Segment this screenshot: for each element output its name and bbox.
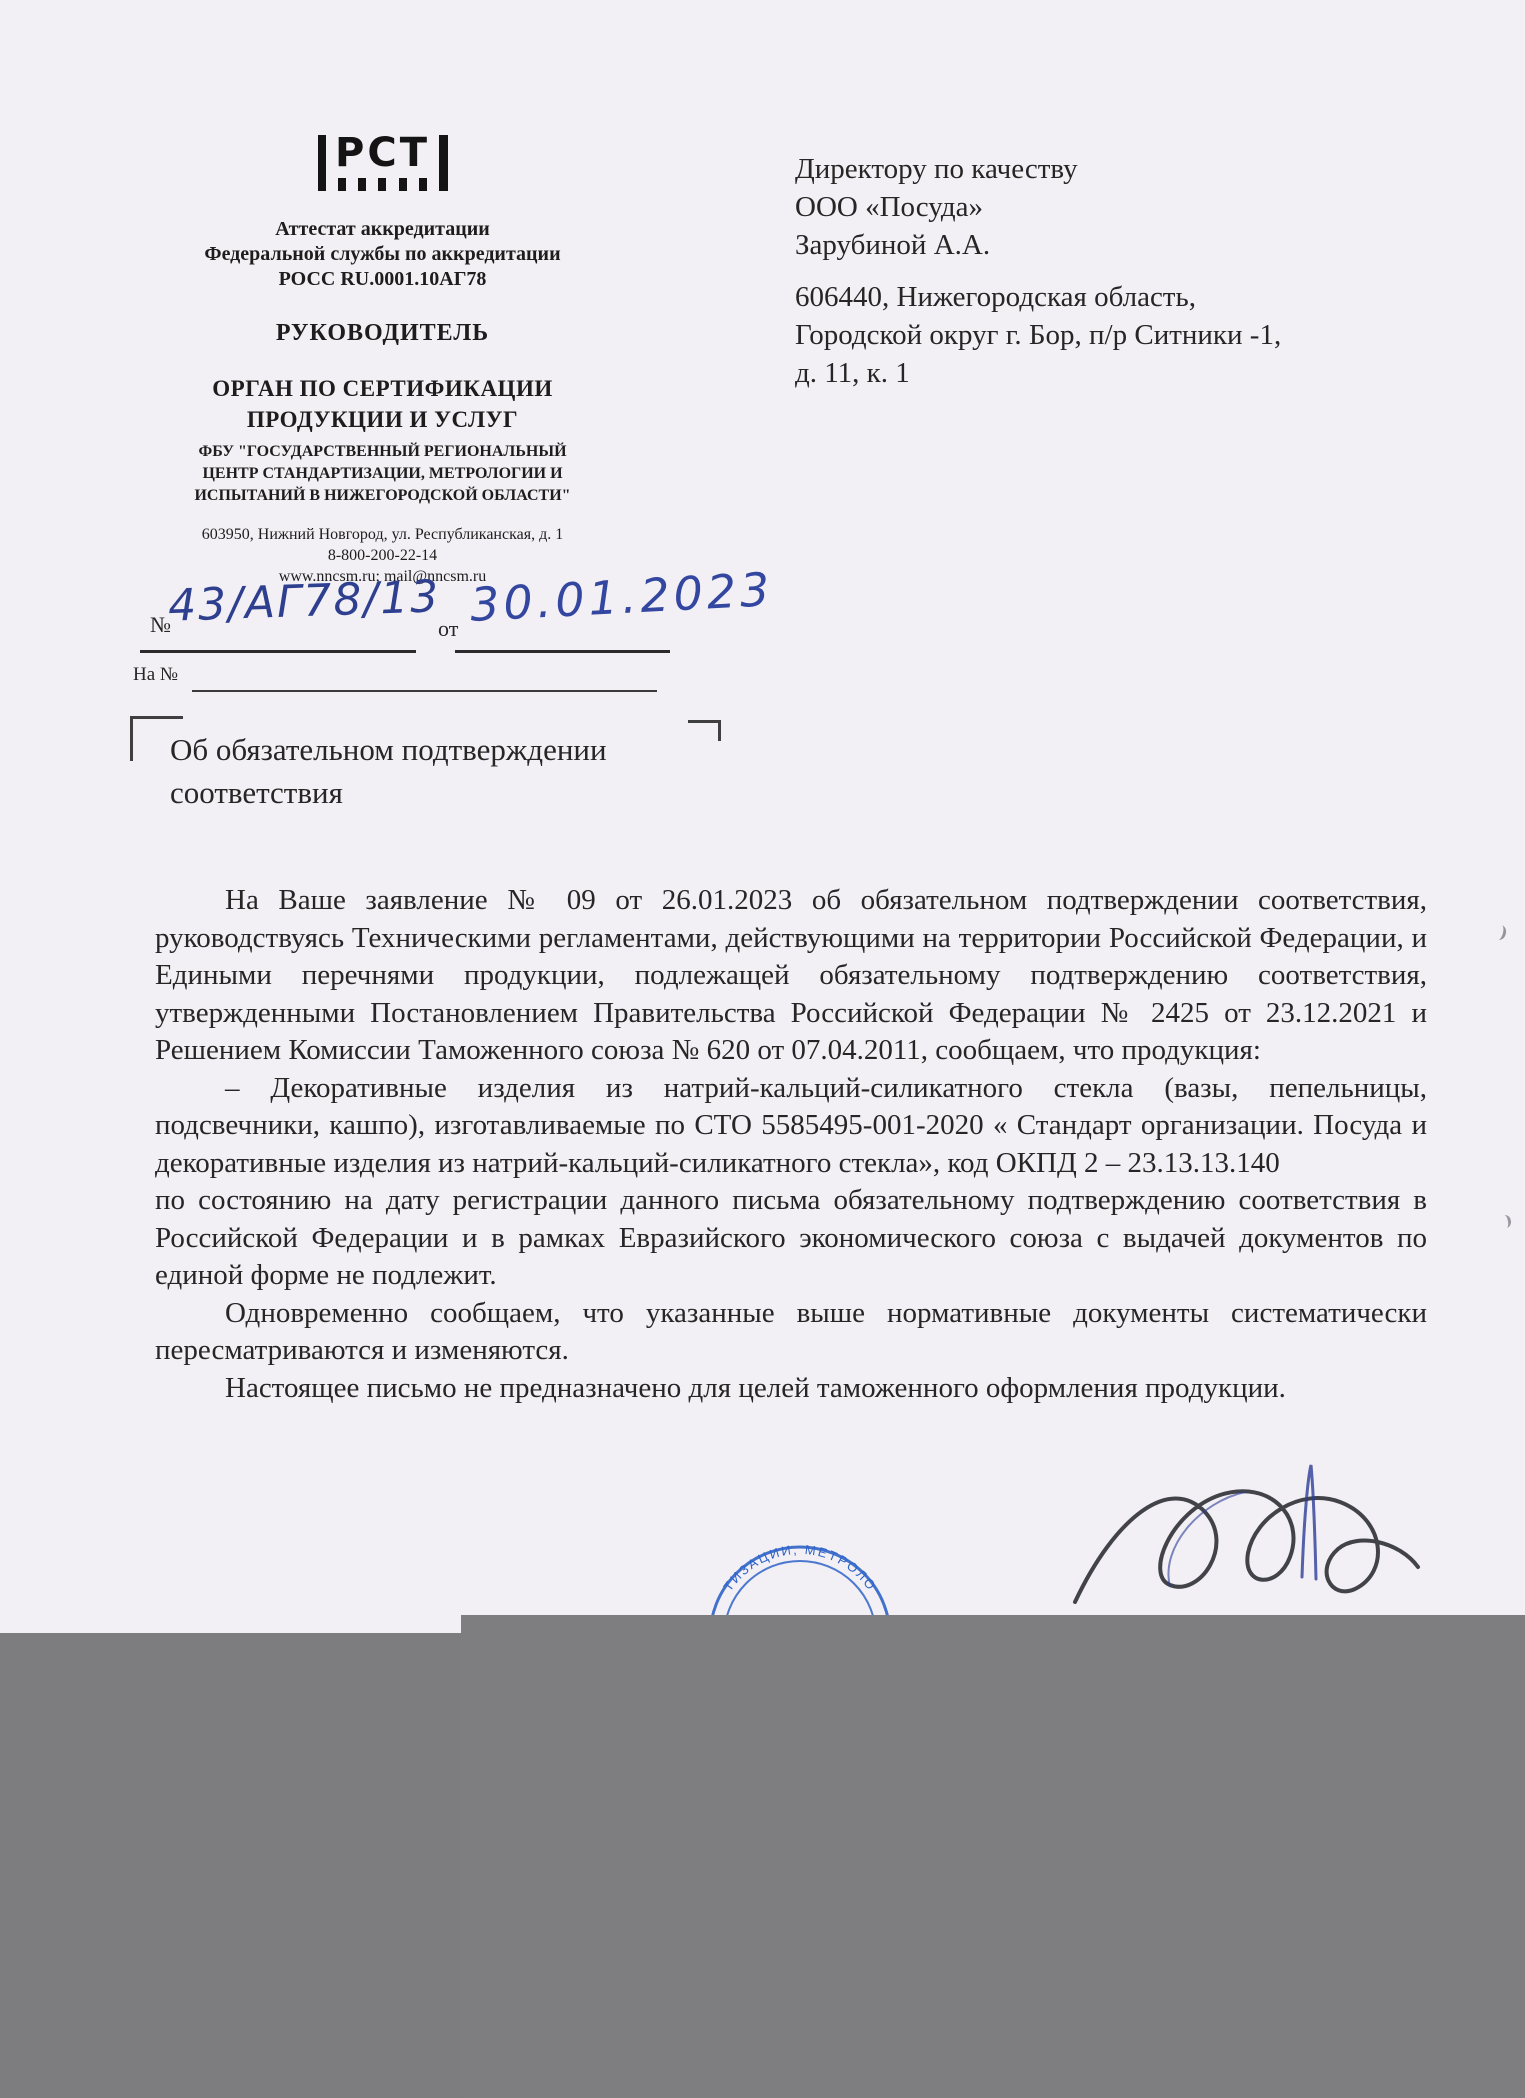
accreditation-number: РОСС RU.0001.10АГ78 [160, 267, 605, 292]
redaction-block-right [461, 1615, 1525, 2098]
org-fullname-line-2: ЦЕНТР СТАНДАРТИЗАЦИИ, МЕТРОЛОГИИ И [160, 463, 605, 485]
reply-to-label: На № [133, 664, 178, 686]
subject-block: Об обязательном подтверждении соответств… [170, 728, 730, 814]
body-paragraph-5: Настоящее письмо не предназначено для це… [155, 1370, 1427, 1408]
recipient-title: Директору по качеству [795, 150, 1435, 188]
recipient-company: ООО «Посуда» [795, 188, 1435, 226]
recipient-address-line-3: д. 11, к. 1 [795, 354, 1435, 392]
logo-right-bar-icon [439, 135, 448, 191]
accreditation-line-2: Федеральной службы по аккредитации [160, 242, 605, 267]
sender-role: РУКОВОДИТЕЛЬ [160, 318, 605, 348]
org-fullname-block: ФБУ "ГОСУДАРСТВЕННЫЙ РЕГИОНАЛЬНЫЙ ЦЕНТР … [160, 441, 605, 507]
org-name-block: ОРГАН ПО СЕРТИФИКАЦИИ ПРОДУКЦИИ И УСЛУГ [160, 373, 605, 435]
org-name-line-2: ПРОДУКЦИИ И УСЛУГ [160, 404, 605, 435]
body-paragraph-1: На Ваше заявление № 09 от 26.01.2023 об … [155, 882, 1427, 1070]
letter-body: На Ваше заявление № 09 от 26.01.2023 об … [155, 882, 1427, 1407]
subject-line-1: Об обязательном подтверждении [170, 728, 730, 771]
redaction-block-left [0, 1633, 461, 2098]
recipient-person: Зарубиной А.А. [795, 226, 1435, 264]
rst-logo-icon: РСТ [318, 135, 448, 191]
ref-date-label: от [438, 616, 458, 642]
letterhead: РСТ Аттестат аккредитации Федеральной сл… [160, 135, 605, 587]
org-phone: 8-800-200-22-14 [160, 545, 605, 566]
reply-to-line [192, 690, 657, 692]
ref-date-line [455, 650, 670, 653]
recipient-gap [795, 264, 1435, 278]
logo-letters: РСТ [335, 135, 430, 171]
body-paragraph-4: Одновременно сообщаем, что указанные выш… [155, 1295, 1427, 1370]
signature-icon [1020, 1452, 1460, 1622]
logo-barcode-icon [335, 178, 430, 191]
scan-speck [1499, 1214, 1512, 1229]
ref-number-handwritten: 43/АГ78/13 [167, 571, 441, 631]
org-name-line-1: ОРГАН ПО СЕРТИФИКАЦИИ [160, 373, 605, 404]
body-paragraph-3: по состоянию на дату регистрации данного… [155, 1182, 1427, 1295]
accreditation-line-1: Аттестат аккредитации [160, 217, 605, 242]
scanned-letter-page: РСТ Аттестат аккредитации Федеральной сл… [0, 0, 1525, 2098]
subject-line-2: соответствия [170, 771, 730, 814]
org-fullname-line-1: ФБУ "ГОСУДАРСТВЕННЫЙ РЕГИОНАЛЬНЫЙ [160, 441, 605, 463]
org-fullname-line-3: ИСПЫТАНИЙ В НИЖЕГОРОДСКОЙ ОБЛАСТИ" [160, 485, 605, 507]
logo-left-bar-icon [318, 135, 327, 191]
logo-center: РСТ [335, 135, 430, 191]
scan-speck [1492, 924, 1507, 941]
recipient-address-line-1: 606440, Нижегородская область, [795, 278, 1435, 316]
recipient-address-line-2: Городской округ г. Бор, п/р Ситники -1, [795, 316, 1435, 354]
body-paragraph-2: – Декоративные изделия из натрий-кальций… [155, 1070, 1427, 1183]
ref-number-line [140, 650, 416, 653]
org-address: 603950, Нижний Новгород, ул. Республикан… [160, 524, 605, 545]
recipient-block: Директору по качеству ООО «Посуда» Заруб… [795, 150, 1435, 392]
